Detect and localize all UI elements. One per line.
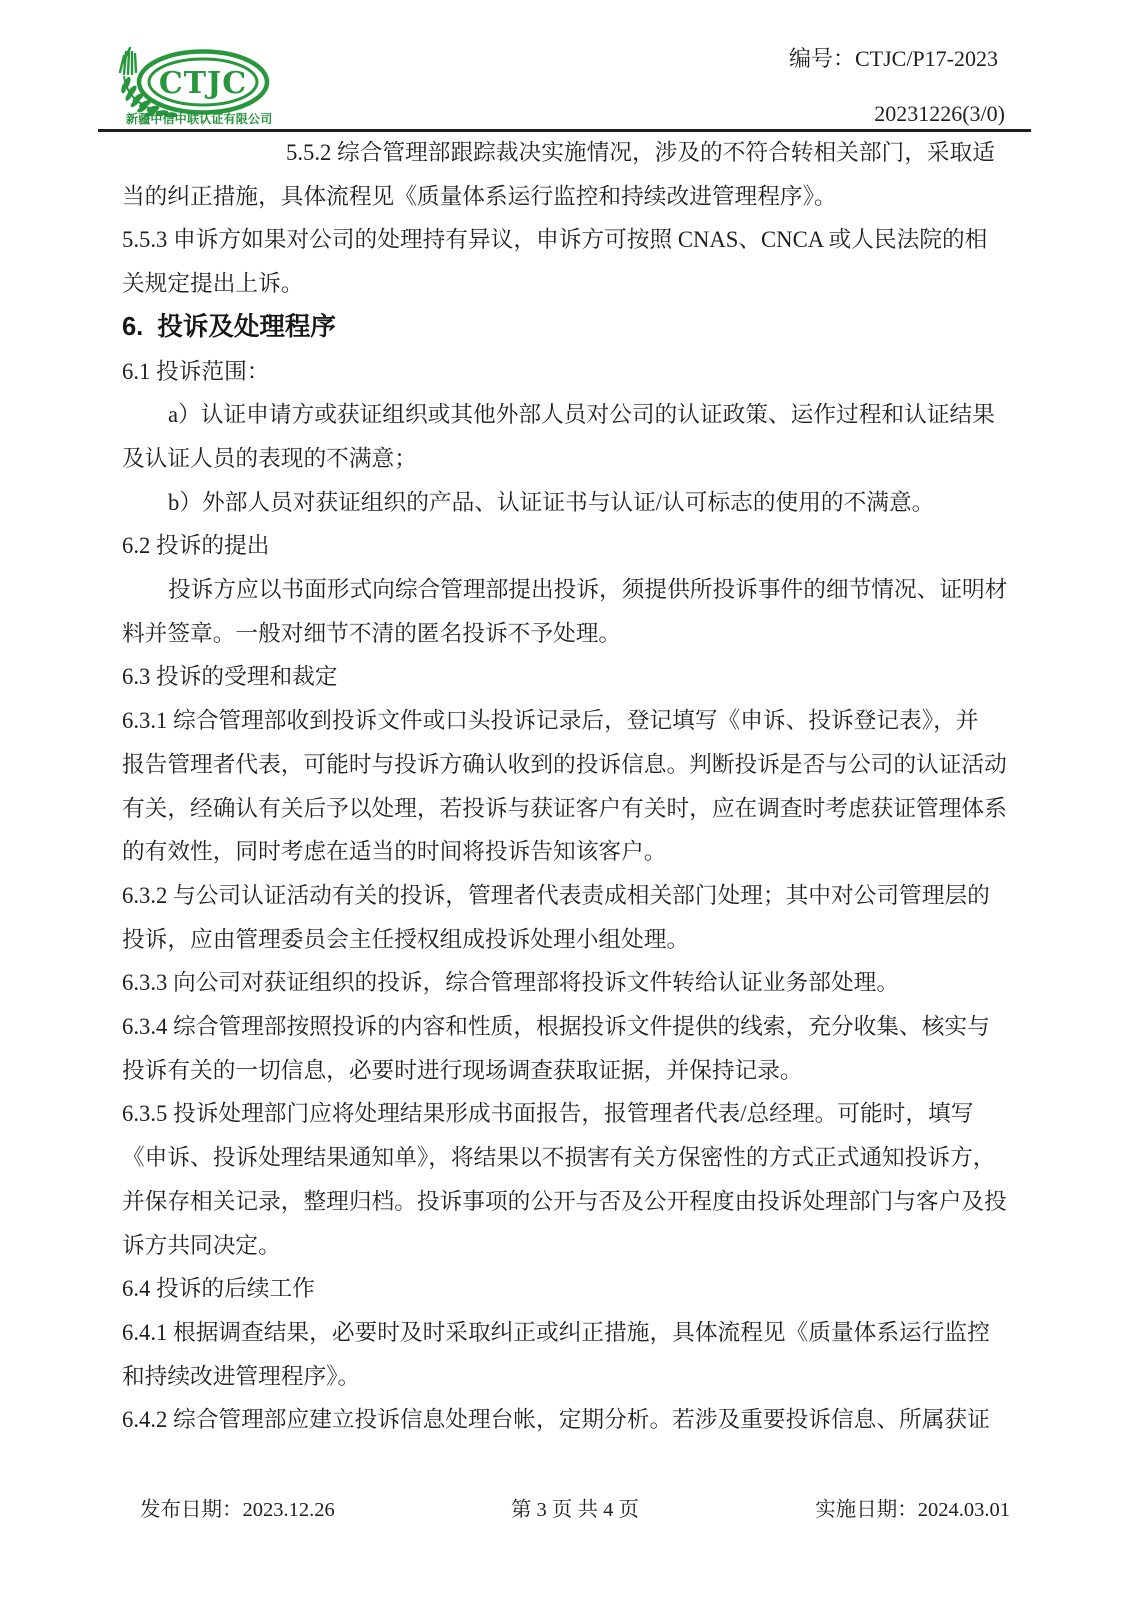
body-line: 《申诉、投诉处理结果通知单》，将结果以不损害有关方保密性的方式正式通知投诉方， <box>122 1136 1012 1180</box>
document-footer: 发布日期：2023.12.26 第 3 页 共 4 页 实施日期：2024.03… <box>140 1492 1010 1522</box>
footer-page-info: 第 3 页 共 4 页 <box>511 1492 639 1522</box>
body-line: 5.5.2 综合管理部跟踪裁决实施情况，涉及的不符合转相关部门，采取适 <box>122 131 1012 175</box>
body-line: 料并签章。一般对细节不清的匿名投诉不予处理。 <box>122 612 1012 656</box>
body-line: 和持续改进管理程序》。 <box>122 1355 1012 1399</box>
body-line: 诉方共同决定。 <box>122 1224 1012 1268</box>
body-line: 6.3.2 与公司认证活动有关的投诉，管理者代表责成相关部门处理；其中对公司管理… <box>122 874 1012 918</box>
body-line: 当的纠正措施，具体流程见《质量体系运行监控和持续改进管理程序》。 <box>122 175 1012 219</box>
doc-number-value: CTJC/P17-2023 <box>855 46 998 71</box>
ctjc-logo-icon: CTJC <box>114 26 270 118</box>
revision-number: 20231226(3/0) <box>874 101 1005 127</box>
body-line: 6.3 投诉的受理和裁定 <box>122 655 1012 699</box>
body-line: 5.5.3 申诉方如果对公司的处理持有异议，申诉方可按照 CNAS、CNCA 或… <box>122 218 1012 262</box>
body-line: 6.3.3 向公司对获证组织的投诉，综合管理部将投诉文件转给认证业务部处理。 <box>122 961 1012 1005</box>
body-line: 6.3.4 综合管理部按照投诉的内容和性质，根据投诉文件提供的线索，充分收集、核… <box>122 1005 1012 1049</box>
body-line: 及认证人员的表现的不满意； <box>122 437 1012 481</box>
doc-number-label: 编号： <box>789 46 855 71</box>
body-line: 报告管理者代表，可能时与投诉方确认收到的投诉信息。判断投诉是否与公司的认证活动 <box>122 743 1012 787</box>
footer-release-date: 发布日期：2023.12.26 <box>140 1492 335 1522</box>
footer-implement-date: 实施日期：2024.03.01 <box>815 1492 1010 1522</box>
body-line: 并保存相关记录，整理归档。投诉事项的公开与否及公开程度由投诉处理部门与客户及投 <box>122 1180 1012 1224</box>
wheat-head-icon <box>120 48 136 74</box>
body-line: 有关，经确认有关后予以处理，若投诉与获证客户有关时，应在调查时考虑获证管理体系 <box>122 787 1012 831</box>
body-line: 投诉方应以书面形式向综合管理部提出投诉，须提供所投诉事件的细节情况、证明材 <box>122 568 1012 612</box>
body-line: 6.4.1 根据调查结果，必要时及时采取纠正或纠正措施，具体流程见《质量体系运行… <box>122 1311 1012 1355</box>
company-name: 新疆中信中联认证有限公司 <box>126 110 276 127</box>
body-line: 6.3.5 投诉处理部门应将处理结果形成书面报告，报管理者代表/总经理。可能时，… <box>122 1092 1012 1136</box>
body-line: b）外部人员对获证组织的产品、认证证书与认证/认可标志的使用的不满意。 <box>122 481 1012 525</box>
body-line: 投诉，应由管理委员会主任授权组成投诉处理小组处理。 <box>122 918 1012 962</box>
body-line: 的有效性，同时考虑在适当的时间将投诉告知该客户。 <box>122 830 1012 874</box>
body-line: a）认证申请方或获证组织或其他外部人员对公司的认证政策、运作过程和认证结果 <box>122 393 1012 437</box>
section-heading: 6. 投诉及处理程序 <box>122 306 1012 350</box>
body-line: 6.4.2 综合管理部应建立投诉信息处理台帐，定期分析。若涉及重要投诉信息、所属… <box>122 1398 1012 1442</box>
body-line: 6.2 投诉的提出 <box>122 524 1012 568</box>
document-body: 5.5.2 综合管理部跟踪裁决实施情况，涉及的不符合转相关部门，采取适 当的纠正… <box>122 131 1012 1442</box>
body-line: 投诉有关的一切信息，必要时进行现场调查获取证据，并保持记录。 <box>122 1049 1012 1093</box>
document-page: CTJC 新疆中信中联认证有限公司 编号：CTJC/P17- <box>0 0 1131 1600</box>
body-line: 6.1 投诉范围： <box>122 350 1012 394</box>
logo-text: CTJC <box>159 66 247 101</box>
body-line: 关规定提出上诉。 <box>122 262 1012 306</box>
body-line: 6.3.1 综合管理部收到投诉文件或口头投诉记录后，登记填写《申诉、投诉登记表》… <box>122 699 1012 743</box>
body-line: 6.4 投诉的后续工作 <box>122 1267 1012 1311</box>
doc-number: 编号：CTJC/P17-2023 <box>789 42 998 73</box>
